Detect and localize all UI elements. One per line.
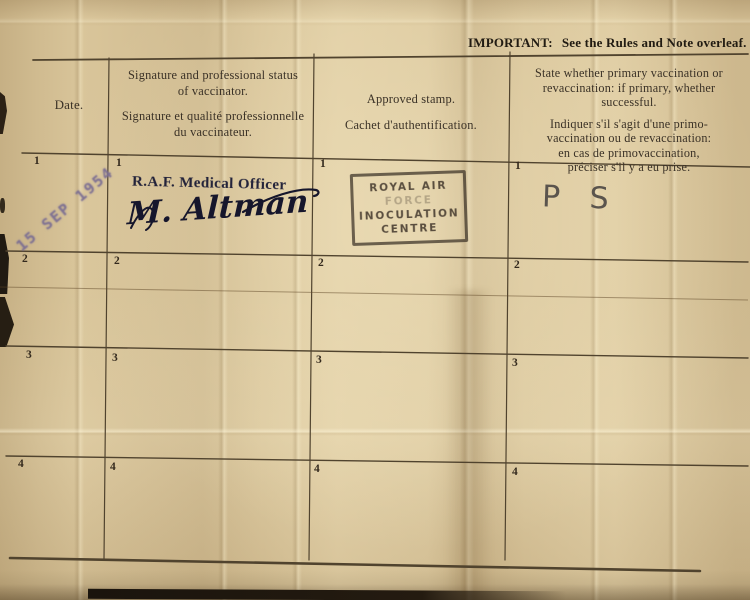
cell-number: 3 [316,354,322,366]
cell-number: 3 [26,349,32,361]
overleaf-notice-text: See the Rules and Note overleaf. [562,35,747,51]
fold-line [0,287,748,300]
header-line: Approved stamp. [318,92,504,108]
header-line: revaccination: if primary, whether [512,81,746,96]
stamp-line: FORCE [384,193,433,209]
stamp-line: CENTRE [381,221,438,237]
header-line: Cachet d'authentification. [318,118,504,134]
cell-number: 4 [110,461,116,473]
header-line: successful. [512,95,746,110]
header-line: en cas de primovaccination, [512,146,746,161]
cell-number: 2 [318,257,324,269]
cell-number: 1 [34,155,40,167]
header-line: préciser s'il y a eu prise. [512,160,746,175]
scanned-vaccination-certificate: IMPORTANT: See the Rules and Note overle… [0,0,750,600]
header-line: State whether primary vaccination or [512,66,746,81]
cell-number: 1 [515,160,521,172]
column-header-date: Date. [30,97,108,113]
inoculation-centre-stamp: ROYAL AIR FORCE INOCULATION CENTRE [350,170,468,246]
column-header-result: State whether primary vaccination or rev… [512,66,746,175]
overleaf-notice-label: IMPORTANT: [468,35,553,51]
header-line: Indiquer s'il s'agit d'une primo- [512,117,746,132]
column-header-stamp: Approved stamp. Cachet d'authentificatio… [318,92,504,133]
result-handwritten-note: P S [541,179,642,217]
header-line: vaccination ou de revaccination: [512,131,746,146]
cell-number: 3 [512,357,518,369]
cell-number: 4 [512,466,518,478]
cell-number: 3 [112,352,118,364]
header-date-label: Date. [30,97,108,113]
overleaf-notice: IMPORTANT: See the Rules and Note overle… [468,35,748,51]
cell-number: 2 [514,259,520,271]
cell-number: 1 [320,158,326,170]
header-line: Signature et qualité professionnelle [114,109,312,125]
header-line: Signature and professional status [114,68,312,84]
cell-number: 2 [114,255,120,267]
header-line: of vaccinator. [114,84,312,100]
stamp-line: ROYAL AIR [369,179,447,196]
column-header-vaccinator: Signature and professional status of vac… [114,68,312,140]
cell-number: 4 [18,458,24,470]
header-line: du vaccinateur. [114,125,312,141]
cell-number: 4 [314,463,320,475]
